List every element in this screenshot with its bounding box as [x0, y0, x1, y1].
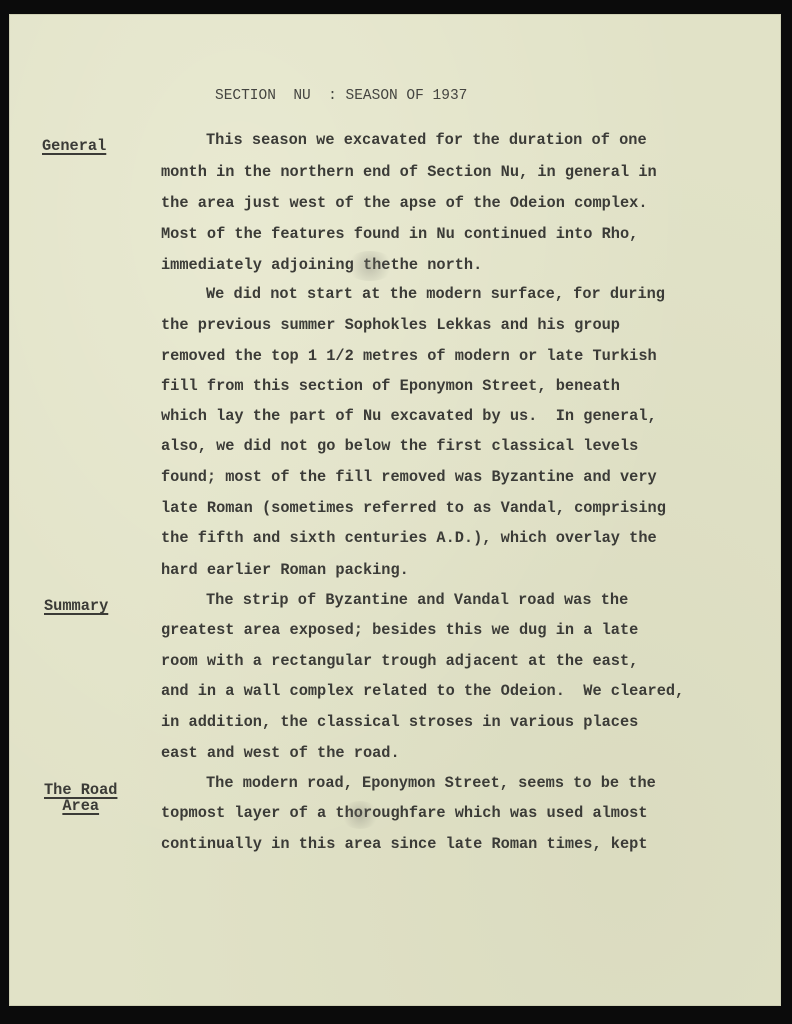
body-line: Most of the features found in Nu continu…: [161, 227, 638, 242]
body-line: east and west of the road.: [161, 746, 400, 761]
body-line: the previous summer Sophokles Lekkas and…: [161, 318, 620, 333]
body-line: This season we excavated for the duratio…: [206, 133, 647, 148]
body-line: continually in this area since late Roma…: [161, 837, 648, 852]
body-line: the area just west of the apse of the Od…: [161, 196, 648, 211]
page-title: SECTION NU : SEASON OF 1937: [215, 89, 467, 104]
body-line: the fifth and sixth centuries A.D.), whi…: [161, 531, 657, 546]
body-line: room with a rectangular trough adjacent …: [161, 654, 638, 669]
body-line: greatest area exposed; besides this we d…: [161, 623, 638, 638]
margin-label-line: Area: [44, 798, 117, 814]
body-line: fill from this section of Eponymon Stree…: [161, 379, 620, 394]
body-line: The strip of Byzantine and Vandal road w…: [206, 593, 628, 608]
margin-label-summary: Summary: [44, 599, 108, 614]
body-line: also, we did not go below the first clas…: [161, 439, 638, 454]
body-line: in addition, the classical stroses in va…: [161, 715, 638, 730]
margin-label-line: The Road: [44, 782, 117, 798]
body-line: month in the northern end of Section Nu,…: [161, 165, 657, 180]
body-line: hard earlier Roman packing.: [161, 563, 409, 578]
body-line: found; most of the fill removed was Byza…: [161, 470, 657, 485]
body-line: removed the top 1 1/2 metres of modern o…: [161, 349, 657, 364]
body-line: topmost layer of a thoroughfare which wa…: [161, 806, 648, 821]
body-line: which lay the part of Nu excavated by us…: [161, 409, 657, 424]
body-line: The modern road, Eponymon Street, seems …: [206, 776, 656, 791]
margin-label-road-area: The Road Area: [44, 782, 117, 814]
body-line: We did not start at the modern surface, …: [206, 287, 665, 302]
typewritten-page: SECTION NU : SEASON OF 1937 General This…: [10, 15, 780, 1005]
body-line: and in a wall complex related to the Ode…: [161, 684, 684, 699]
body-line: immediately adjoining thethe north.: [161, 258, 482, 273]
body-line: late Roman (sometimes referred to as Van…: [161, 501, 666, 516]
margin-label-general: General: [42, 139, 106, 154]
